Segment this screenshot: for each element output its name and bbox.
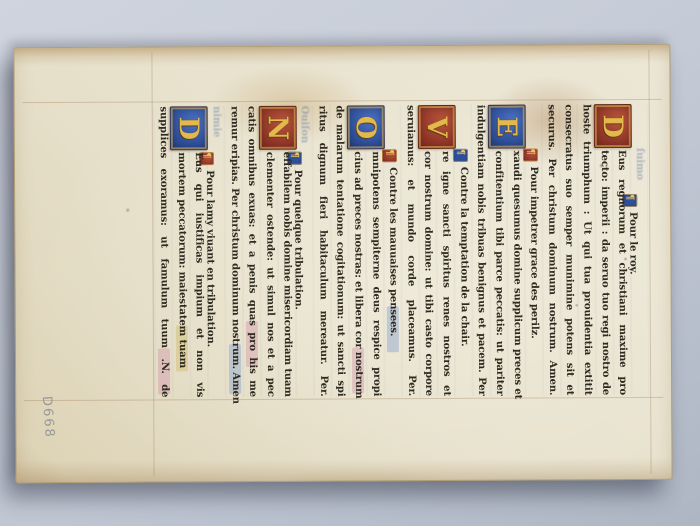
initial-letter: D — [599, 114, 626, 137]
line-text: supplices exoramus: ut famulum tuum .N. … — [158, 106, 171, 397]
illuminated-initial-N: N — [259, 106, 297, 150]
line-text: indulgentiam nobis tribuas benignus et p… — [475, 105, 488, 396]
rubric-text: Pour le roy. — [628, 212, 639, 275]
text-block: D E V O N D ſuimo¶Pour le roy. Eus regno… — [153, 104, 650, 398]
manuscript-leaf: D E V O N D ſuimo¶Pour le roy. Eus regno… — [13, 44, 672, 483]
illuminated-initial-V: V — [418, 105, 456, 149]
line-text: catis omnibus exuas: et a penis quas pro… — [246, 106, 259, 397]
line-text: re igne sancti spiritus renes nostros et — [440, 151, 452, 396]
line-text: tecto: imperii : da seruo tuo regi nostr… — [599, 150, 611, 395]
illuminated-initial-D: D — [594, 104, 632, 148]
text-line: seruiamus: et mundo corde placeamus. Per… — [401, 105, 420, 396]
rubric-line: Ouiſon¶Pour quelque tribulation. — [295, 106, 314, 397]
ruling-line — [23, 99, 662, 103]
line-text: confitentium tibi parce peccatis: ut par… — [493, 151, 505, 396]
rubric-line: ¶Pour impetrer grace des perilz. — [524, 104, 543, 395]
pencil-inventory-mark: D668 — [39, 396, 57, 440]
text-line: de malarum tentatione cogitationum: ut s… — [330, 105, 349, 396]
illuminated-initial-O: O — [347, 105, 385, 149]
photo-backdrop: D E V O N D ſuimo¶Pour le roy. Eus regno… — [0, 0, 700, 526]
pilcrow-icon: ¶ — [382, 149, 397, 162]
text-line: catis omnibus exuas: et a penis quas pro… — [242, 106, 261, 397]
line-text: de malarum tentatione cogitationum: ut s… — [334, 105, 347, 396]
text-line: ritus dignum fieri habitaculum mereatur.… — [313, 106, 332, 397]
ruling-line — [24, 397, 663, 401]
illuminated-initial-E: E — [488, 105, 526, 149]
pilcrow-icon: ¶ — [453, 149, 468, 162]
rubric-text: Contre les mauuaises pensees. — [387, 167, 399, 336]
ink-offset-stain: ſuimo — [630, 148, 648, 194]
line-text: mortem peccatorum: maiestatem tuam — [176, 152, 188, 368]
line-text: Eus qui iustificas impium et non vis — [193, 152, 205, 397]
ink-offset-stain: Ouiſon — [295, 106, 313, 152]
line-text: hoste triumphum : Ut qui tua prouidentia… — [581, 104, 594, 395]
line-text: effabilem nobis domine misericordiam tua… — [281, 152, 293, 397]
initial-letter: O — [352, 116, 379, 140]
rubric-text: Pour quelque tribulation. — [292, 170, 304, 310]
initial-letter: N — [264, 115, 291, 140]
line-text: ritus dignum fieri habitaculum mereatur.… — [316, 106, 329, 397]
initial-letter: E — [493, 116, 520, 137]
initial-letter: D — [175, 117, 202, 140]
line-text: seruiamus: et mundo corde placeamus. Per… — [405, 105, 418, 396]
text-line: indulgentiam nobis tribuas benignus et p… — [471, 105, 490, 396]
line-text: cius ad preces nostras: et libera cor no… — [352, 151, 364, 398]
text-line: hoste triumphum : Ut qui tua prouidentia… — [577, 104, 596, 395]
line-text: cor nostrum domine: ut tibi casto corpor… — [422, 151, 434, 396]
line-text: securus. Per christum dominum nostrum. A… — [546, 104, 559, 395]
line-text: remur eripias. Per christum dominum nost… — [228, 106, 241, 404]
rubric-text: Pour lamy viuant en tribulation. — [204, 170, 216, 347]
line-text: xaudi quesumus domine supplicum preces e… — [511, 151, 523, 400]
illuminated-initial-D2: D — [170, 106, 208, 150]
line-text: consecratus suo semper munimine potens s… — [563, 104, 576, 395]
ruling-line — [648, 50, 651, 474]
rubric-line: nimie¶Pour lamy viuant en tribulation. — [207, 106, 226, 397]
rubric-text: Pour impetrer grace des perilz. — [528, 166, 540, 338]
rubric-line: ¶Contre les mauuaises pensees. — [383, 105, 402, 396]
rubric-text: Contre la temptation de la chair. — [458, 167, 470, 347]
rubric-line: ſuimo¶Pour le roy. — [630, 104, 649, 395]
initial-letter: V — [423, 116, 450, 137]
text-line: consecratus suo semper munimine potens s… — [560, 104, 579, 395]
text-line: securus. Per christum dominum nostrum. A… — [542, 104, 561, 395]
line-text: clementer ostende: ut simul nos et a pec — [264, 152, 276, 397]
line-text: mnipotens sempiterne deus respice propi — [370, 151, 382, 396]
pilcrow-icon: ¶ — [523, 148, 538, 161]
ink-offset-stain: nimie — [207, 106, 225, 152]
text-line: remur eripias. Per christum dominum nost… — [225, 106, 244, 397]
rubric-line: ¶Contre la temptation de la chair. — [454, 105, 473, 396]
line-text: Eus regnorum et christiani maxime pro — [616, 150, 628, 395]
